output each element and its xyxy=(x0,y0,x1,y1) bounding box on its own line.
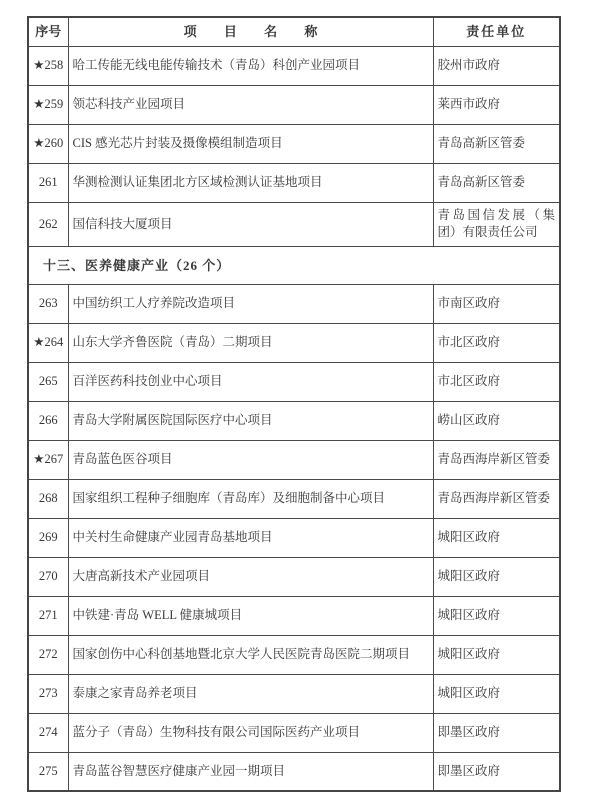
row-serial-number: ★258 xyxy=(28,46,68,85)
col-header-serial-number: 序号 xyxy=(28,17,68,46)
responsible-unit-cell: 胶州市政府 xyxy=(433,46,560,85)
table-row: ★267 青岛蓝色医谷项目 青岛西海岸新区管委 xyxy=(28,440,560,479)
table-row: ★260 CIS 感光芯片封装及摄像模组制造项目 青岛高新区管委 xyxy=(28,124,560,163)
table-row: 261 华测检测认证集团北方区域检测认证基地项目 青岛高新区管委 xyxy=(28,163,560,202)
table-row: 269 中关村生命健康产业园青岛基地项目 城阳区政府 xyxy=(28,518,560,557)
table-row: 270 大唐高新技术产业园项目 城阳区政府 xyxy=(28,557,560,596)
project-name-cell: 泰康之家青岛养老项目 xyxy=(68,674,433,713)
project-name-cell: 山东大学齐鲁医院（青岛）二期项目 xyxy=(68,323,433,362)
row-serial-number: 268 xyxy=(28,479,68,518)
row-serial-number: 275 xyxy=(28,752,68,791)
col-header-responsible-unit: 责任单位 xyxy=(433,17,560,46)
section-title: 十三、医养健康产业（26 个） xyxy=(28,246,560,284)
table-row: 273 泰康之家青岛养老项目 城阳区政府 xyxy=(28,674,560,713)
row-serial-number: 270 xyxy=(28,557,68,596)
project-name-cell: 青岛蓝色医谷项目 xyxy=(68,440,433,479)
responsible-unit-cell: 城阳区政府 xyxy=(433,674,560,713)
row-serial-number: 273 xyxy=(28,674,68,713)
responsible-unit-cell: 崂山区政府 xyxy=(433,401,560,440)
responsible-unit-cell: 城阳区政府 xyxy=(433,557,560,596)
table-row: 274 蓝分子（青岛）生物科技有限公司国际医药产业项目 即墨区政府 xyxy=(28,713,560,752)
project-name-cell: CIS 感光芯片封装及摄像模组制造项目 xyxy=(68,124,433,163)
table-row: ★258 哈工传能无线电能传输技术（青岛）科创产业园项目 胶州市政府 xyxy=(28,46,560,85)
project-name-cell: 中铁建·青岛 WELL 健康城项目 xyxy=(68,596,433,635)
table-row: 262 国信科技大厦项目 青岛国信发展（集团）有限责任公司 xyxy=(28,202,560,246)
project-name-cell: 青岛蓝谷智慧医疗健康产业园一期项目 xyxy=(68,752,433,791)
row-serial-number: 266 xyxy=(28,401,68,440)
row-serial-number: 265 xyxy=(28,362,68,401)
table-row: 275 青岛蓝谷智慧医疗健康产业园一期项目 即墨区政府 xyxy=(28,752,560,791)
table-row: ★259 领芯科技产业园项目 莱西市政府 xyxy=(28,85,560,124)
project-name-cell: 蓝分子（青岛）生物科技有限公司国际医药产业项目 xyxy=(68,713,433,752)
row-serial-number: ★264 xyxy=(28,323,68,362)
row-serial-number: 262 xyxy=(28,202,68,246)
document-page: 序号 项 目 名 称 责任单位 ★258 哈工传能无线电能传输技术（青岛）科创产… xyxy=(0,0,592,805)
responsible-unit-cell: 即墨区政府 xyxy=(433,713,560,752)
responsible-unit-cell: 青岛西海岸新区管委 xyxy=(433,440,560,479)
responsible-unit-cell: 青岛高新区管委 xyxy=(433,124,560,163)
project-name-cell: 国家创伤中心科创基地暨北京大学人民医院青岛医院二期项目 xyxy=(68,635,433,674)
row-serial-number: 272 xyxy=(28,635,68,674)
table-header-row: 序号 项 目 名 称 责任单位 xyxy=(28,17,560,46)
table-row: 266 青岛大学附属医院国际医疗中心项目 崂山区政府 xyxy=(28,401,560,440)
table-row: 272 国家创伤中心科创基地暨北京大学人民医院青岛医院二期项目 城阳区政府 xyxy=(28,635,560,674)
responsible-unit-cell: 青岛高新区管委 xyxy=(433,163,560,202)
row-serial-number: 274 xyxy=(28,713,68,752)
row-serial-number: ★259 xyxy=(28,85,68,124)
row-serial-number: ★267 xyxy=(28,440,68,479)
section-header-row: 十三、医养健康产业（26 个） xyxy=(28,246,560,284)
table-row: 268 国家组织工程种子细胞库（青岛库）及细胞制备中心项目 青岛西海岸新区管委 xyxy=(28,479,560,518)
project-name-cell: 中国纺织工人疗养院改造项目 xyxy=(68,284,433,323)
row-serial-number: 261 xyxy=(28,163,68,202)
responsible-unit-cell: 市南区政府 xyxy=(433,284,560,323)
project-name-cell: 青岛大学附属医院国际医疗中心项目 xyxy=(68,401,433,440)
responsible-unit-cell: 青岛国信发展（集团）有限责任公司 xyxy=(433,202,560,246)
project-name-cell: 国信科技大厦项目 xyxy=(68,202,433,246)
responsible-unit-cell: 莱西市政府 xyxy=(433,85,560,124)
table-row: 263 中国纺织工人疗养院改造项目 市南区政府 xyxy=(28,284,560,323)
project-name-cell: 哈工传能无线电能传输技术（青岛）科创产业园项目 xyxy=(68,46,433,85)
project-name-cell: 中关村生命健康产业园青岛基地项目 xyxy=(68,518,433,557)
responsible-unit-cell: 城阳区政府 xyxy=(433,635,560,674)
responsible-unit-cell: 即墨区政府 xyxy=(433,752,560,791)
responsible-unit-cell: 市北区政府 xyxy=(433,323,560,362)
col-header-project-name: 项 目 名 称 xyxy=(68,17,433,46)
row-serial-number: 269 xyxy=(28,518,68,557)
responsible-unit-cell: 城阳区政府 xyxy=(433,518,560,557)
project-name-cell: 国家组织工程种子细胞库（青岛库）及细胞制备中心项目 xyxy=(68,479,433,518)
project-name-cell: 百洋医药科技创业中心项目 xyxy=(68,362,433,401)
row-serial-number: 263 xyxy=(28,284,68,323)
project-name-cell: 大唐高新技术产业园项目 xyxy=(68,557,433,596)
table-row: ★264 山东大学齐鲁医院（青岛）二期项目 市北区政府 xyxy=(28,323,560,362)
table-row: 271 中铁建·青岛 WELL 健康城项目 城阳区政府 xyxy=(28,596,560,635)
responsible-unit-cell: 城阳区政府 xyxy=(433,596,560,635)
responsible-unit-cell: 青岛西海岸新区管委 xyxy=(433,479,560,518)
project-name-cell: 华测检测认证集团北方区域检测认证基地项目 xyxy=(68,163,433,202)
responsible-unit-cell: 市北区政府 xyxy=(433,362,560,401)
project-table: 序号 项 目 名 称 责任单位 ★258 哈工传能无线电能传输技术（青岛）科创产… xyxy=(27,16,561,792)
row-serial-number: 271 xyxy=(28,596,68,635)
table-row: 265 百洋医药科技创业中心项目 市北区政府 xyxy=(28,362,560,401)
row-serial-number: ★260 xyxy=(28,124,68,163)
project-name-cell: 领芯科技产业园项目 xyxy=(68,85,433,124)
